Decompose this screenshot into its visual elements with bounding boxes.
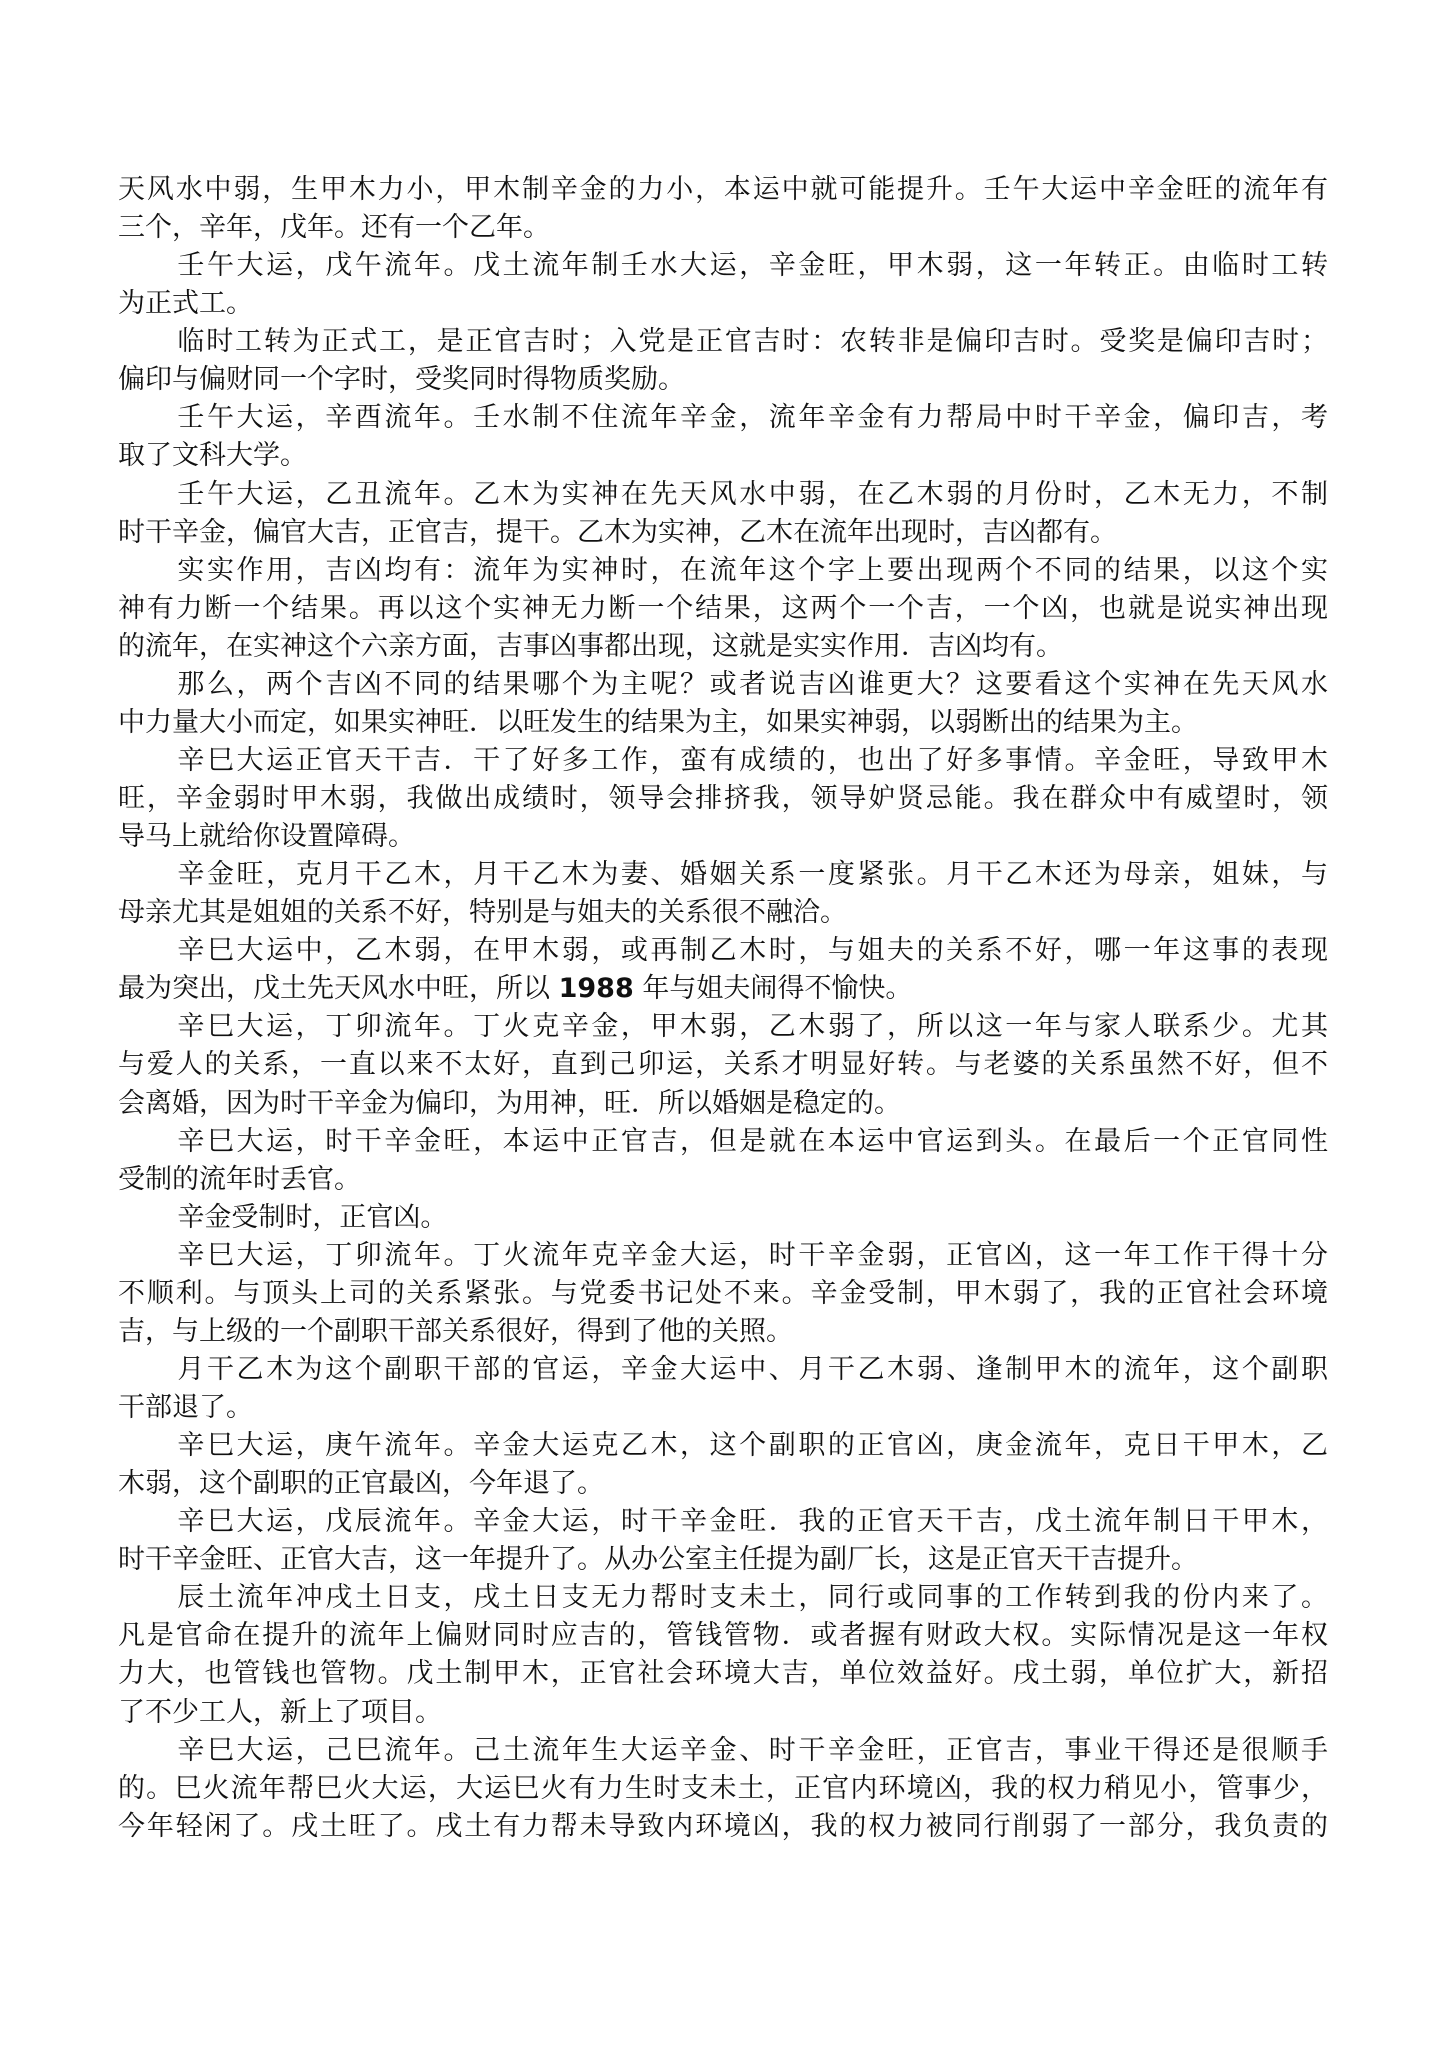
text-line: 临时工转为正式工，是正官吉时；入党是正官吉时：农转非是偏印吉时。受奖是偏印吉时； bbox=[118, 323, 1328, 361]
text-line: 导马上就给你设置障碍。 bbox=[118, 818, 1328, 856]
paragraph: 辛巳大运，丁卯流年。丁火流年克辛金大运，时干辛金弱，正官凶，这一年工作干得十分不… bbox=[118, 1237, 1328, 1351]
text-line: 时干辛金，偏官大吉，正官吉，提干。乙木为实神，乙木在流年出现时，吉凶都有。 bbox=[118, 514, 1328, 552]
text-line: 的流年，在实神这个六亲方面，吉事凶事都出现，这就是实实作用．吉凶均有。 bbox=[118, 628, 1328, 666]
paragraph: 壬午大运，戊午流年。戊土流年制壬水大运，辛金旺，甲木弱，这一年转正。由临时工转为… bbox=[118, 247, 1328, 323]
text-line: 凡是官命在提升的流年上偏财同时应吉的，管钱管物．或者握有财政大权。实际情况是这一… bbox=[118, 1617, 1328, 1655]
paragraph: 辛巳大运中，乙木弱，在甲木弱，或再制乙木时，与姐夫的关系不好，哪一年这事的表现最… bbox=[118, 932, 1328, 1008]
paragraph: 辛金受制时，正官凶。 bbox=[118, 1199, 1328, 1237]
text-line: 与爱人的关系，一直以来不太好，直到己卯运，关系才明显好转。与老婆的关系虽然不好，… bbox=[118, 1046, 1328, 1084]
text-line: 母亲尤其是姐姐的关系不好，特别是与姐夫的关系很不融洽。 bbox=[118, 894, 1328, 932]
paragraph: 辛巳大运，己巳流年。己土流年生大运辛金、时干辛金旺，正官吉，事业干得还是很顺手的… bbox=[118, 1732, 1328, 1846]
text-line: 三个，辛年，戊年。还有一个乙年。 bbox=[118, 209, 1328, 247]
text-line: 那么，两个吉凶不同的结果哪个为主呢？或者说吉凶谁更大？这要看这个实神在先天风水 bbox=[118, 666, 1328, 704]
text-line: 辛巳大运，己巳流年。己土流年生大运辛金、时干辛金旺，正官吉，事业干得还是很顺手 bbox=[118, 1732, 1328, 1770]
text-line: 取了文科大学。 bbox=[118, 437, 1328, 475]
text-line: 辰土流年冲戌土日支，戌土日支无力帮时支未土，同行或同事的工作转到我的份内来了。 bbox=[118, 1579, 1328, 1617]
text-line: 神有力断一个结果。再以这个实神无力断一个结果，这两个一个吉，一个凶，也就是说实神… bbox=[118, 590, 1328, 628]
text-line: 实实作用，吉凶均有：流年为实神时，在流年这个字上要出现两个不同的结果，以这个实 bbox=[118, 552, 1328, 590]
text-line: 木弱，这个副职的正官最凶，今年退了。 bbox=[118, 1465, 1328, 1503]
text-line: 辛金受制时，正官凶。 bbox=[118, 1199, 1328, 1237]
text-line: 吉，与上级的一个副职干部关系很好，得到了他的关照。 bbox=[118, 1313, 1328, 1351]
text-line: 辛巳大运中，乙木弱，在甲木弱，或再制乙木时，与姐夫的关系不好，哪一年这事的表现 bbox=[118, 932, 1328, 970]
paragraph: 辛巳大运，戊辰流年。辛金大运，时干辛金旺．我的正官天干吉，戊土流年制日干甲木，时… bbox=[118, 1503, 1328, 1579]
text-line: 了不少工人，新上了项目。 bbox=[118, 1694, 1328, 1732]
paragraph: 辛巳大运，庚午流年。辛金大运克乙木，这个副职的正官凶，庚金流年，克日干甲木，乙木… bbox=[118, 1427, 1328, 1503]
text-line: 力大，也管钱也管物。戊土制甲木，正官社会环境大吉，单位效益好。戌土弱，单位扩大，… bbox=[118, 1655, 1328, 1693]
paragraph: 辛巳大运，时干辛金旺，本运中正官吉，但是就在本运中官运到头。在最后一个正官同性受… bbox=[118, 1123, 1328, 1199]
text-line: 壬午大运，戊午流年。戊土流年制壬水大运，辛金旺，甲木弱，这一年转正。由临时工转 bbox=[118, 247, 1328, 285]
text-line: 最为突出，戊土先天风水中旺，所以 1988 年与姐夫闹得不愉快。 bbox=[118, 970, 1328, 1008]
text-line: 今年轻闲了。戌土旺了。戌土有力帮未导致内环境凶，我的权力被同行削弱了一部分，我负… bbox=[118, 1808, 1328, 1846]
paragraph: 辛巳大运正官天干吉．干了好多工作，蛮有成绩的，也出了好多事情。辛金旺，导致甲木旺… bbox=[118, 742, 1328, 856]
paragraph: 辛金旺，克月干乙木，月干乙木为妻、婚姻关系一度紧张。月干乙木还为母亲，姐妹，与母… bbox=[118, 856, 1328, 932]
text-line: 时干辛金旺、正官大吉，这一年提升了。从办公室主任提为副厂长，这是正官天干吉提升。 bbox=[118, 1541, 1328, 1579]
text-line: 壬午大运，辛酉流年。壬水制不住流年辛金，流年辛金有力帮局中时干辛金，偏印吉，考 bbox=[118, 399, 1328, 437]
paragraph: 临时工转为正式工，是正官吉时；入党是正官吉时：农转非是偏印吉时。受奖是偏印吉时；… bbox=[118, 323, 1328, 399]
text-line: 辛巳大运，戊辰流年。辛金大运，时干辛金旺．我的正官天干吉，戊土流年制日干甲木， bbox=[118, 1503, 1328, 1541]
text-line: 的。巳火流年帮巳火大运，大运巳火有力生时支未土，正官内环境凶，我的权力稍见小，管… bbox=[118, 1770, 1328, 1808]
text-line: 辛巳大运，丁卯流年。丁火流年克辛金大运，时干辛金弱，正官凶，这一年工作干得十分 bbox=[118, 1237, 1328, 1275]
text-line: 不顺利。与顶头上司的关系紧张。与党委书记处不来。辛金受制，甲木弱了，我的正官社会… bbox=[118, 1275, 1328, 1313]
text-line: 受制的流年时丢官。 bbox=[118, 1161, 1328, 1199]
text-line: 辛金旺，克月干乙木，月干乙木为妻、婚姻关系一度紧张。月干乙木还为母亲，姐妹，与 bbox=[118, 856, 1328, 894]
paragraph: 月干乙木为这个副职干部的官运，辛金大运中、月干乙木弱、逢制甲木的流年，这个副职干… bbox=[118, 1351, 1328, 1427]
text-line: 旺，辛金弱时甲木弱，我做出成绩时，领导会排挤我，领导妒贤忌能。我在群众中有威望时… bbox=[118, 780, 1328, 818]
text-line: 月干乙木为这个副职干部的官运，辛金大运中、月干乙木弱、逢制甲木的流年，这个副职 bbox=[118, 1351, 1328, 1389]
text-line: 辛巳大运正官天干吉．干了好多工作，蛮有成绩的，也出了好多事情。辛金旺，导致甲木 bbox=[118, 742, 1328, 780]
paragraph: 辛巳大运，丁卯流年。丁火克辛金，甲木弱，乙木弱了，所以这一年与家人联系少。尤其与… bbox=[118, 1008, 1328, 1122]
text-line: 天风水中弱，生甲木力小，甲木制辛金的力小，本运中就可能提升。壬午大运中辛金旺的流… bbox=[118, 171, 1328, 209]
bold-year: 1988 bbox=[559, 973, 634, 1004]
paragraph: 那么，两个吉凶不同的结果哪个为主呢？或者说吉凶谁更大？这要看这个实神在先天风水中… bbox=[118, 666, 1328, 742]
document-page: 天风水中弱，生甲木力小，甲木制辛金的力小，本运中就可能提升。壬午大运中辛金旺的流… bbox=[118, 171, 1328, 1846]
text-line: 辛巳大运，时干辛金旺，本运中正官吉，但是就在本运中官运到头。在最后一个正官同性 bbox=[118, 1123, 1328, 1161]
text-line: 辛巳大运，丁卯流年。丁火克辛金，甲木弱，乙木弱了，所以这一年与家人联系少。尤其 bbox=[118, 1008, 1328, 1046]
text-line: 为正式工。 bbox=[118, 285, 1328, 323]
text-line: 中力量大小而定，如果实神旺．以旺发生的结果为主，如果实神弱，以弱断出的结果为主。 bbox=[118, 704, 1328, 742]
text-line: 辛巳大运，庚午流年。辛金大运克乙木，这个副职的正官凶，庚金流年，克日干甲木，乙 bbox=[118, 1427, 1328, 1465]
text-line: 壬午大运，乙丑流年。乙木为实神在先天风水中弱，在乙木弱的月份时，乙木无力，不制 bbox=[118, 476, 1328, 514]
paragraph: 天风水中弱，生甲木力小，甲木制辛金的力小，本运中就可能提升。壬午大运中辛金旺的流… bbox=[118, 171, 1328, 247]
paragraph: 壬午大运，乙丑流年。乙木为实神在先天风水中弱，在乙木弱的月份时，乙木无力，不制时… bbox=[118, 476, 1328, 552]
text-line: 干部退了。 bbox=[118, 1389, 1328, 1427]
paragraph: 实实作用，吉凶均有：流年为实神时，在流年这个字上要出现两个不同的结果，以这个实神… bbox=[118, 552, 1328, 666]
text-line: 会离婚，因为时干辛金为偏印，为用神，旺．所以婚姻是稳定的。 bbox=[118, 1085, 1328, 1123]
text-line: 偏印与偏财同一个字时，受奖同时得物质奖励。 bbox=[118, 361, 1328, 399]
paragraph: 壬午大运，辛酉流年。壬水制不住流年辛金，流年辛金有力帮局中时干辛金，偏印吉，考取… bbox=[118, 399, 1328, 475]
paragraph: 辰土流年冲戌土日支，戌土日支无力帮时支未土，同行或同事的工作转到我的份内来了。凡… bbox=[118, 1579, 1328, 1731]
